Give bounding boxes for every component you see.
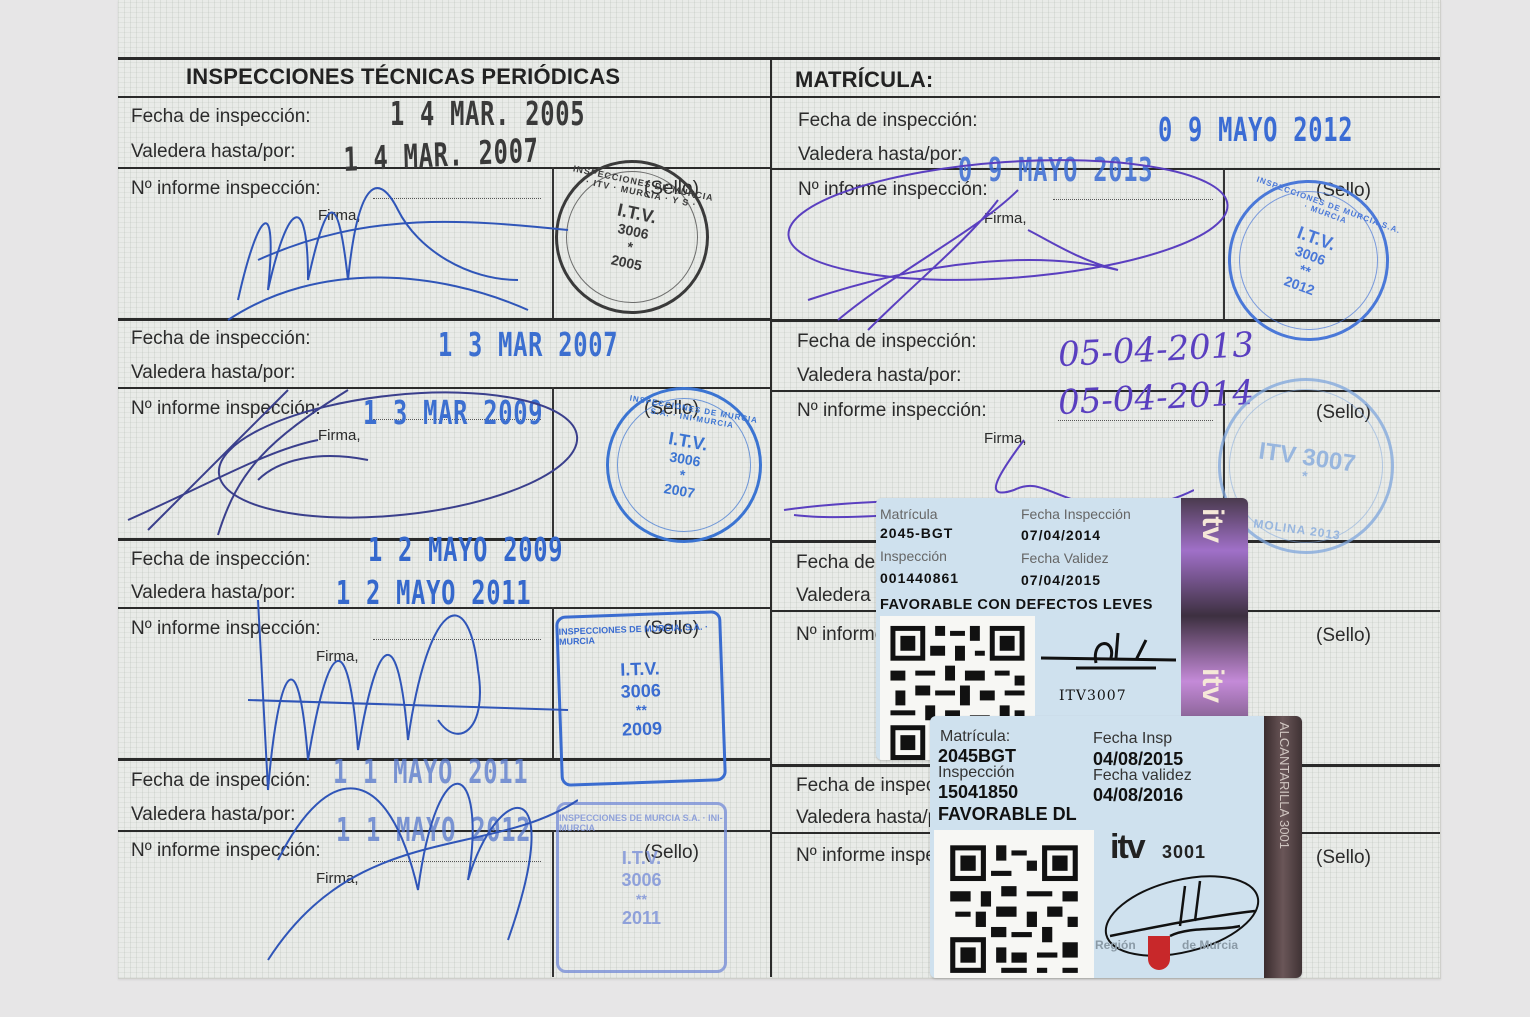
- fecha-label: Fecha de inspección:: [797, 331, 977, 353]
- seal-ring-text: INSPECCIONES DE MURCIA, S.A. · MURCIA: [558, 621, 719, 647]
- valedera-stamp: 1 1 MAYO 2012: [336, 810, 531, 849]
- fecha-stamp: 0 9 MAYO 2012: [1158, 110, 1353, 149]
- valedera-label: Valedera hasta/por:: [131, 141, 295, 163]
- seal-ring-text: INSPECCIONES DE MURCIA S.A. · INI-MURCIA: [559, 813, 724, 833]
- fecha-label: Fecha de inspección:: [798, 110, 978, 132]
- sticker-matricula-label: Matrícula: [880, 506, 938, 522]
- seal-code: 3006: [620, 679, 661, 702]
- itv-seal: INSPECCIONES DE MURCIA · ITV · MURCIA · …: [541, 146, 724, 329]
- hologram-strip: ALCANTARILLA 3001: [1264, 716, 1302, 978]
- fecha-handwritten: 05-04-2013: [1057, 325, 1255, 375]
- valedera-stamp: 0 9 MAYO 2013: [958, 150, 1153, 189]
- informe-field: [373, 198, 541, 199]
- sticker-inspeccion: 001440861: [880, 570, 959, 586]
- itv-seal: INSPECCIONES DE MURCIA S.A. · INI-MURCIA…: [594, 375, 775, 556]
- itv-seal: INSPECCIONES DE MURCIA S.A. · INI-MURCIA…: [556, 802, 727, 973]
- valedera-handwritten: 05-04-2014: [1057, 373, 1255, 423]
- informe-field: [373, 861, 541, 862]
- top-border: [118, 57, 1440, 60]
- valedera-stamp: 1 2 MAYO 2011: [336, 573, 531, 612]
- valedera-label: Valedera hasta/por:: [131, 804, 295, 826]
- sello-divider: [552, 607, 554, 759]
- fecha-label: Fecha de inspección:: [131, 549, 311, 571]
- region-left-text: Región: [1095, 938, 1136, 952]
- sticker-station: 3001: [1162, 842, 1206, 863]
- informe-field: [1053, 199, 1213, 200]
- column-divider: [770, 57, 772, 977]
- qr-code-pattern: [934, 830, 1094, 978]
- firma-label: Firma,: [316, 648, 359, 665]
- sticker-fecha-insp-label: Fecha Inspección: [1021, 506, 1131, 522]
- sticker-fecha-validez: 07/04/2015: [1021, 572, 1101, 588]
- sticker-matricula-label: Matrícula:: [940, 728, 1010, 746]
- firma-label: Firma,: [984, 430, 1027, 447]
- fecha-stamp: 1 1 MAYO 2011: [333, 752, 528, 791]
- sticker-result: FAVORABLE DL: [938, 804, 1077, 825]
- firma-label: Firma,: [318, 427, 361, 444]
- left-column-title: INSPECCIONES TÉCNICAS PERIÓDICAS: [186, 64, 620, 90]
- sello-label: (Sello): [1316, 625, 1371, 647]
- seal-stars: **: [636, 701, 647, 717]
- firma-label: Firma,: [316, 870, 359, 887]
- firma-label: Firma,: [318, 207, 361, 224]
- sello-divider: [552, 830, 554, 977]
- seal-year: 2011: [622, 907, 661, 929]
- section-divider: [118, 318, 770, 321]
- informe-label: Nº informe inspección:: [131, 398, 321, 420]
- valedera-label: Valedera hasta/por:: [131, 362, 295, 384]
- fecha-label: Fecha de inspección:: [131, 328, 311, 350]
- fecha-label: Fecha de inspección:: [131, 770, 311, 792]
- sticker-inspeccion-label: Inspección: [880, 548, 947, 564]
- fecha-stamp: 1 2 MAYO 2009: [368, 530, 563, 569]
- fecha-label: Fecha de inspección:: [131, 106, 311, 128]
- informe-label: Nº informe inspección:: [131, 840, 321, 862]
- sello-divider: [552, 167, 554, 319]
- valedera-label: Valedera hasta/por:: [131, 582, 295, 604]
- sticker-matricula: 2045-BGT: [880, 525, 953, 541]
- seal-title: I.T.V.: [622, 847, 661, 869]
- seal-code: 3006: [621, 869, 661, 891]
- sticker-station: ITV3007: [1059, 688, 1127, 704]
- itv-logo: itv: [1110, 828, 1144, 867]
- firma-label: Firma,: [984, 210, 1027, 227]
- valedera-stamp: 1 3 MAR 2009: [363, 393, 543, 432]
- fecha-stamp: 1 4 MAR. 2005: [390, 94, 585, 133]
- sticker-fecha-insp: 07/04/2014: [1021, 527, 1101, 543]
- sticker-inspeccion: 15041850: [938, 782, 1018, 803]
- informe-field: [373, 639, 541, 640]
- hologram-text: itv: [1195, 668, 1229, 703]
- sello-divider: [552, 387, 554, 539]
- murcia-coat-of-arms-icon: [1148, 936, 1170, 970]
- hologram-text: ALCANTARILLA 3001: [1277, 722, 1292, 849]
- seal-stars: **: [636, 891, 647, 907]
- seal-year: 2009: [622, 717, 663, 740]
- informe-label: Nº informe inspección:: [131, 618, 321, 640]
- sticker-fecha-validez-label: Fecha Validez: [1021, 550, 1109, 566]
- right-column-title: MATRÍCULA:: [795, 67, 933, 93]
- informe-label: Nº informe inspección:: [131, 178, 321, 200]
- sticker-result: FAVORABLE CON DEFECTOS LEVES: [880, 597, 1153, 613]
- hologram-text: itv: [1195, 508, 1229, 543]
- itv-seal: INSPECCIONES DE MURCIA, S.A. · MURCIA I.…: [555, 610, 727, 787]
- header-bottom-border: [118, 96, 1440, 98]
- qr-code: [934, 830, 1094, 978]
- sello-divider: [1223, 168, 1225, 320]
- informe-label: Nº informe inspección:: [797, 400, 987, 422]
- valedera-stamp: 1 4 MAR. 2007: [343, 131, 539, 179]
- sticker-fecha-validez-label: Fecha validez: [1093, 767, 1192, 785]
- itv-sticker-2015: Matrícula: 2045BGT Inspección 15041850 F…: [930, 716, 1302, 978]
- inspector-signature: [1036, 628, 1186, 688]
- valedera-label: Valedera hasta/por:: [797, 365, 961, 387]
- sticker-fecha-validez: 04/08/2016: [1093, 785, 1183, 806]
- seal-title: I.T.V.: [620, 657, 660, 680]
- fecha-stamp: 1 3 MAR 2007: [438, 325, 618, 364]
- sticker-fecha-insp-label: Fecha Insp: [1093, 730, 1172, 748]
- region-right-text: de Murcia: [1182, 938, 1238, 952]
- sticker-inspeccion-label: Inspección: [938, 764, 1015, 782]
- sello-label: (Sello): [1316, 847, 1371, 869]
- valedera-label: Valedera hasta/por:: [798, 144, 962, 166]
